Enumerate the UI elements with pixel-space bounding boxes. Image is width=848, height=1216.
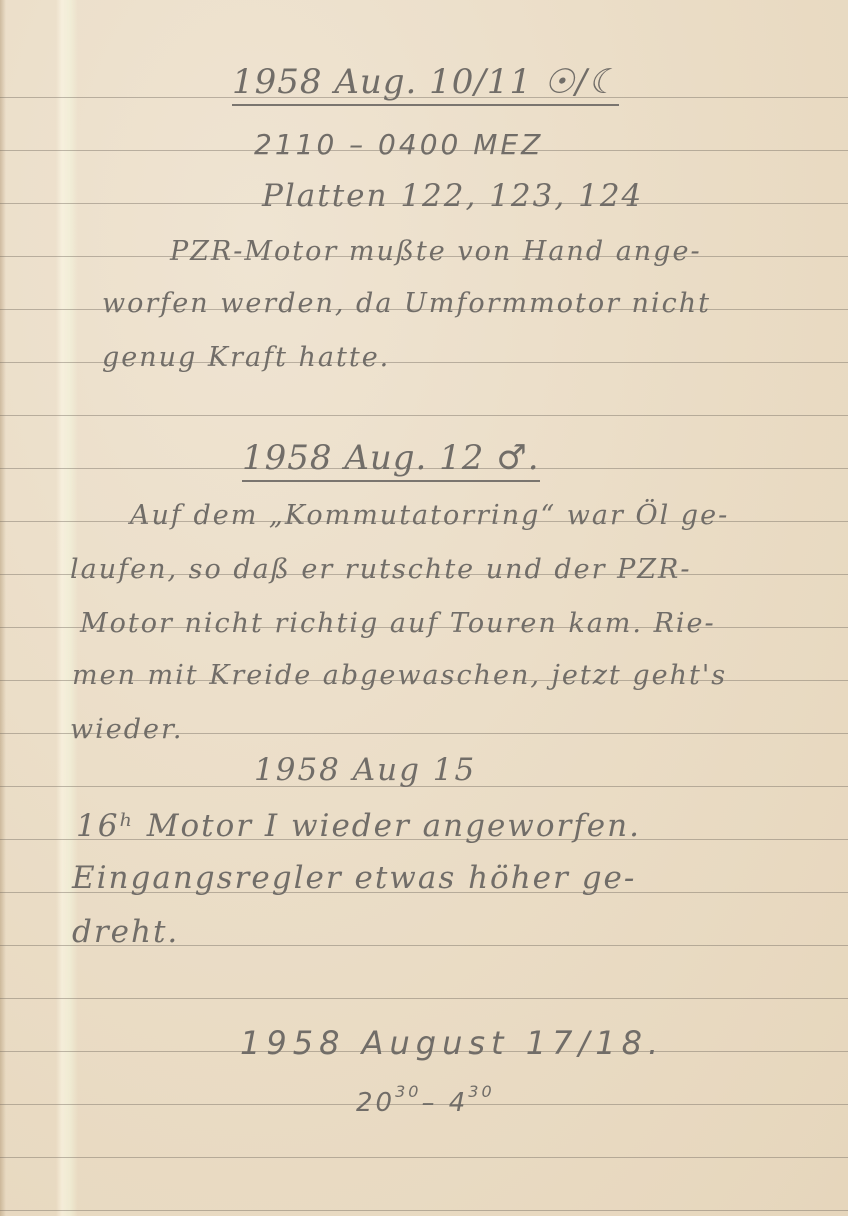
entry-2-body-line-4: men mit Kreide abgewaschen, jetzt geht's xyxy=(72,660,727,691)
entry-1-body-line-3: genug Kraft hatte. xyxy=(102,342,390,373)
entry-1-body-line-2: worfen werden, da Umformmotor nicht xyxy=(102,288,711,319)
ruled-line xyxy=(0,1210,848,1211)
entry-1-time: 2110 – 0400 MEZ xyxy=(254,128,543,161)
time-start-minutes: 30 xyxy=(395,1082,421,1101)
time-start-hour: 20 xyxy=(356,1088,395,1118)
entry-4-heading: 1958 August 17/18. xyxy=(240,1024,664,1062)
time-end-hour: 4 xyxy=(449,1088,469,1118)
time-separator: – xyxy=(421,1088,437,1118)
entry-4-time: 2030– 430 xyxy=(356,1082,495,1118)
entry-3-body-line-3: dreht. xyxy=(72,914,179,950)
entry-1-heading: 1958 Aug. 10/11 ☉/☾ xyxy=(232,62,619,102)
ruled-line xyxy=(0,998,848,999)
entry-3-body-line-2: Eingangsregler etwas höher ge- xyxy=(72,860,636,896)
entry-1-body-line-1: PZR-Motor mußte von Hand ange- xyxy=(170,236,702,267)
entry-2-body-line-2: laufen, so daß er rutschte und der PZR- xyxy=(70,554,692,585)
entry-2-body-line-5: wieder. xyxy=(70,714,184,745)
entry-2-heading: 1958 Aug. 12 ♂. xyxy=(242,438,540,478)
ruled-line xyxy=(0,1157,848,1158)
entry-3-body-line-1: 16ʰ Motor I wieder angeworfen. xyxy=(76,808,641,844)
entry-2-body-line-1: Auf dem „Kommutatorring“ war Öl ge- xyxy=(130,500,729,531)
time-end-minutes: 30 xyxy=(468,1082,494,1101)
entry-3-heading: 1958 Aug 15 xyxy=(254,752,476,788)
entry-2-body-line-3: Motor nicht richtig auf Touren kam. Rie- xyxy=(80,608,716,639)
entry-1-plates: Platten 122, 123, 124 xyxy=(262,178,643,214)
notebook-page: 1958 Aug. 10/11 ☉/☾ 2110 – 0400 MEZ Plat… xyxy=(0,0,848,1216)
ruled-line xyxy=(0,415,848,416)
